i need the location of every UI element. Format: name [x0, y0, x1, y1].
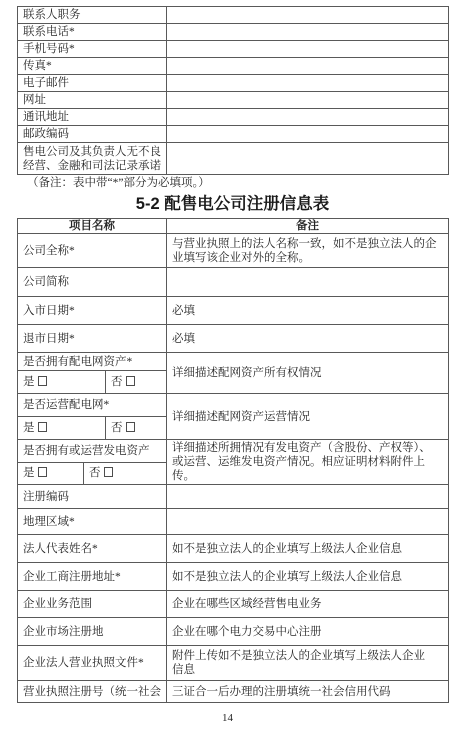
table-row: 传真*: [18, 58, 449, 75]
checkbox-square-icon: [38, 376, 47, 386]
row-remark: [167, 509, 449, 535]
no-option: 否: [106, 371, 167, 394]
no-label: 否: [89, 467, 101, 479]
row-label: 电子邮件: [18, 75, 167, 92]
section-title: 5-2 配售电公司注册信息表: [17, 192, 448, 216]
row-label: 退市日期*: [18, 325, 167, 353]
table-row: 公司简称: [18, 268, 449, 297]
table-row: 企业市场注册地 企业在哪个电力交易中心注册: [18, 618, 449, 646]
yes-option: 是: [18, 462, 84, 485]
row-remark: 企业在哪个电力交易中心注册: [167, 618, 449, 646]
row-remark: [167, 268, 449, 297]
no-label: 否: [111, 376, 123, 388]
table-row: 邮政编码: [18, 126, 449, 143]
row-label: 企业工商注册地址*: [18, 563, 167, 591]
table-row: 售电公司及其负责人无不良 经营、金融和司法记录承诺: [18, 143, 449, 175]
row-remark: 如不是独立法人的企业填写上级法人企业信息: [167, 563, 449, 591]
table-row: 企业法人营业执照文件* 附件上传如不是独立法人的企业填写上级法人企业 信息: [18, 646, 449, 681]
row-remark: 附件上传如不是独立法人的企业填写上级法人企业 信息: [167, 646, 449, 681]
row-label: 邮政编码: [18, 126, 167, 143]
table-row: 入市日期* 必填: [18, 297, 449, 325]
table-row: 手机号码*: [18, 41, 449, 58]
row-label: 通讯地址: [18, 109, 167, 126]
checkbox-square-icon: [126, 376, 135, 386]
row-value: [167, 24, 449, 41]
column-header-item-name: 项目名称: [18, 219, 167, 234]
row-remark: 详细描述配网资产所有权情况: [167, 353, 449, 394]
row-remark: 详细描述所拥情况有发电资产（含股份、产权等）、 或运营、运维发电资产情况。相应证…: [167, 440, 449, 485]
table-row: 联系人职务: [18, 7, 449, 24]
table-row: 通讯地址: [18, 109, 449, 126]
row-label: 网址: [18, 92, 167, 109]
row-remark: 详细描述配网资产运营情况: [167, 394, 449, 440]
row-label: 法人代表姓名*: [18, 535, 167, 563]
row-value: [167, 7, 449, 24]
row-value: [167, 75, 449, 92]
row-remark: 企业在哪些区域经营售电业务: [167, 591, 449, 618]
row-remark: 如不是独立法人的企业填写上级法人企业信息: [167, 535, 449, 563]
yes-option: 是: [18, 417, 106, 440]
table-row: 是否运营配电网* 详细描述配网资产运营情况: [18, 394, 449, 417]
row-label: 营业执照注册号（统一社会: [18, 681, 167, 703]
checkbox-square-icon: [38, 467, 47, 477]
no-label: 否: [111, 422, 123, 434]
registration-info-table: 项目名称 备注 公司全称* 与营业执照上的法人名称一致，如不是独立法人的企 业填…: [17, 218, 449, 703]
yes-option: 是: [18, 371, 106, 394]
row-label: 传真*: [18, 58, 167, 75]
table-row: 网址: [18, 92, 449, 109]
row-remark: 必填: [167, 297, 449, 325]
row-label: 联系人职务: [18, 7, 167, 24]
row-value: [167, 109, 449, 126]
row-remark: [167, 485, 449, 509]
row-label: 企业法人营业执照文件*: [18, 646, 167, 681]
column-header-remark: 备注: [167, 219, 449, 234]
table-row: 电子邮件: [18, 75, 449, 92]
table-row: 法人代表姓名* 如不是独立法人的企业填写上级法人企业信息: [18, 535, 449, 563]
row-value: [167, 92, 449, 109]
table-row: 注册编码: [18, 485, 449, 509]
row-label: 入市日期*: [18, 297, 167, 325]
header-row: 项目名称 备注: [18, 219, 449, 234]
yes-label: 是: [23, 422, 35, 434]
row-value: [167, 143, 449, 175]
row-label: 手机号码*: [18, 41, 167, 58]
row-value: [167, 58, 449, 75]
table-row: 企业业务范围 企业在哪些区域经营售电业务: [18, 591, 449, 618]
row-label: 联系电话*: [18, 24, 167, 41]
yes-label: 是: [23, 376, 35, 388]
row-remark: 必填: [167, 325, 449, 353]
table-row: 企业工商注册地址* 如不是独立法人的企业填写上级法人企业信息: [18, 563, 449, 591]
row-label: 企业业务范围: [18, 591, 167, 618]
checkbox-square-icon: [126, 422, 135, 432]
required-note: （备注：表中带“*”部分为必填项。）: [27, 176, 210, 190]
table-row: 是否拥有配电网资产* 详细描述配网资产所有权情况: [18, 353, 449, 371]
row-label: 公司全称*: [18, 234, 167, 268]
row-remark: 与营业执照上的法人名称一致，如不是独立法人的企 业填写该企业对外的全称。: [167, 234, 449, 268]
page-number: 14: [0, 711, 455, 725]
table-row: 地理区域*: [18, 509, 449, 535]
row-label: 是否拥有或运营发电资产: [18, 440, 167, 463]
contact-info-table: 联系人职务 联系电话* 手机号码* 传真* 电子邮件 网址 通讯地址 邮政编码: [17, 6, 449, 175]
table-row: 是否拥有或运营发电资产 详细描述所拥情况有发电资产（含股份、产权等）、 或运营、…: [18, 440, 449, 463]
row-remark: 三证合一后办理的注册填统一社会信用代码: [167, 681, 449, 703]
row-label: 售电公司及其负责人无不良 经营、金融和司法记录承诺: [18, 143, 167, 175]
row-label: 地理区域*: [18, 509, 167, 535]
row-label: 注册编码: [18, 485, 167, 509]
row-value: [167, 126, 449, 143]
checkbox-square-icon: [38, 422, 47, 432]
row-value: [167, 41, 449, 58]
yes-label: 是: [23, 467, 35, 479]
table-row: 公司全称* 与营业执照上的法人名称一致，如不是独立法人的企 业填写该企业对外的全…: [18, 234, 449, 268]
row-label: 是否运营配电网*: [18, 394, 167, 417]
document-page: 联系人职务 联系电话* 手机号码* 传真* 电子邮件 网址 通讯地址 邮政编码: [0, 0, 455, 731]
no-option: 否: [84, 462, 167, 485]
table-row: 联系电话*: [18, 24, 449, 41]
table-row: 退市日期* 必填: [18, 325, 449, 353]
checkbox-square-icon: [104, 467, 113, 477]
table-row: 营业执照注册号（统一社会 三证合一后办理的注册填统一社会信用代码: [18, 681, 449, 703]
no-option: 否: [106, 417, 167, 440]
row-label: 是否拥有配电网资产*: [18, 353, 167, 371]
row-label: 公司简称: [18, 268, 167, 297]
row-label: 企业市场注册地: [18, 618, 167, 646]
